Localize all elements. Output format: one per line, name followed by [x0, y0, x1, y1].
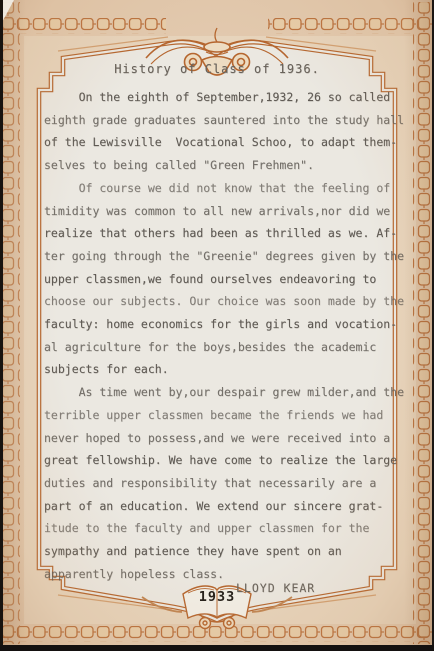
photo-edge-bottom [0, 645, 434, 651]
year-badge: 1933 [193, 589, 241, 605]
text-line: al agriculture for the boys,besides the … [44, 336, 412, 359]
text-line: part of an education. We extend our sinc… [44, 495, 412, 518]
photo-edge-left [0, 0, 3, 651]
text-line: subjects for each. [44, 358, 412, 381]
photo-of-yearbook-page: History of Class of 1936. On the eighth … [0, 0, 434, 651]
text-line: faculty: home economics for the girls an… [44, 313, 412, 336]
page-title: History of Class of 1936. [0, 62, 434, 76]
text-line: terrible upper classmen became the frien… [44, 404, 412, 427]
text-line: choose our subjects. Our choice was soon… [44, 290, 412, 313]
text-line: great fellowship. We have come to realiz… [44, 449, 412, 472]
typewritten-text: On the eighth of September,1932, 26 so c… [44, 86, 412, 585]
text-line: duties and responsibility that necessari… [44, 472, 412, 495]
text-line: On the eighth of September,1932, 26 so c… [44, 86, 412, 109]
text-line: upper classmen,we found ourselves endeav… [44, 268, 412, 291]
text-line: sympathy and patience they have spent on… [44, 540, 412, 563]
text-line: selves to being called "Green Frehmen". [44, 154, 412, 177]
text-line: itude to the faculty and upper classmen … [44, 517, 412, 540]
text-line: As time went by,our despair grew milder,… [44, 381, 412, 404]
text-line: apparently hopeless class. [44, 563, 412, 586]
author-signature: LLOYD KEAR [236, 581, 315, 595]
text-line: eighth grade graduates sauntered into th… [44, 109, 412, 132]
text-line: Of course we did not know that the feeli… [44, 177, 412, 200]
yearbook-page: History of Class of 1936. On the eighth … [0, 0, 434, 651]
text-line: realize that others had been as thrilled… [44, 222, 412, 245]
text-line: of the Lewisville Vocational Schoo, to a… [44, 131, 412, 154]
text-line: timidity was common to all new arrivals,… [44, 200, 412, 223]
text-line: never hoped to possess,and we were recei… [44, 427, 412, 450]
text-line: ter going through the "Greenie" degrees … [44, 245, 412, 268]
